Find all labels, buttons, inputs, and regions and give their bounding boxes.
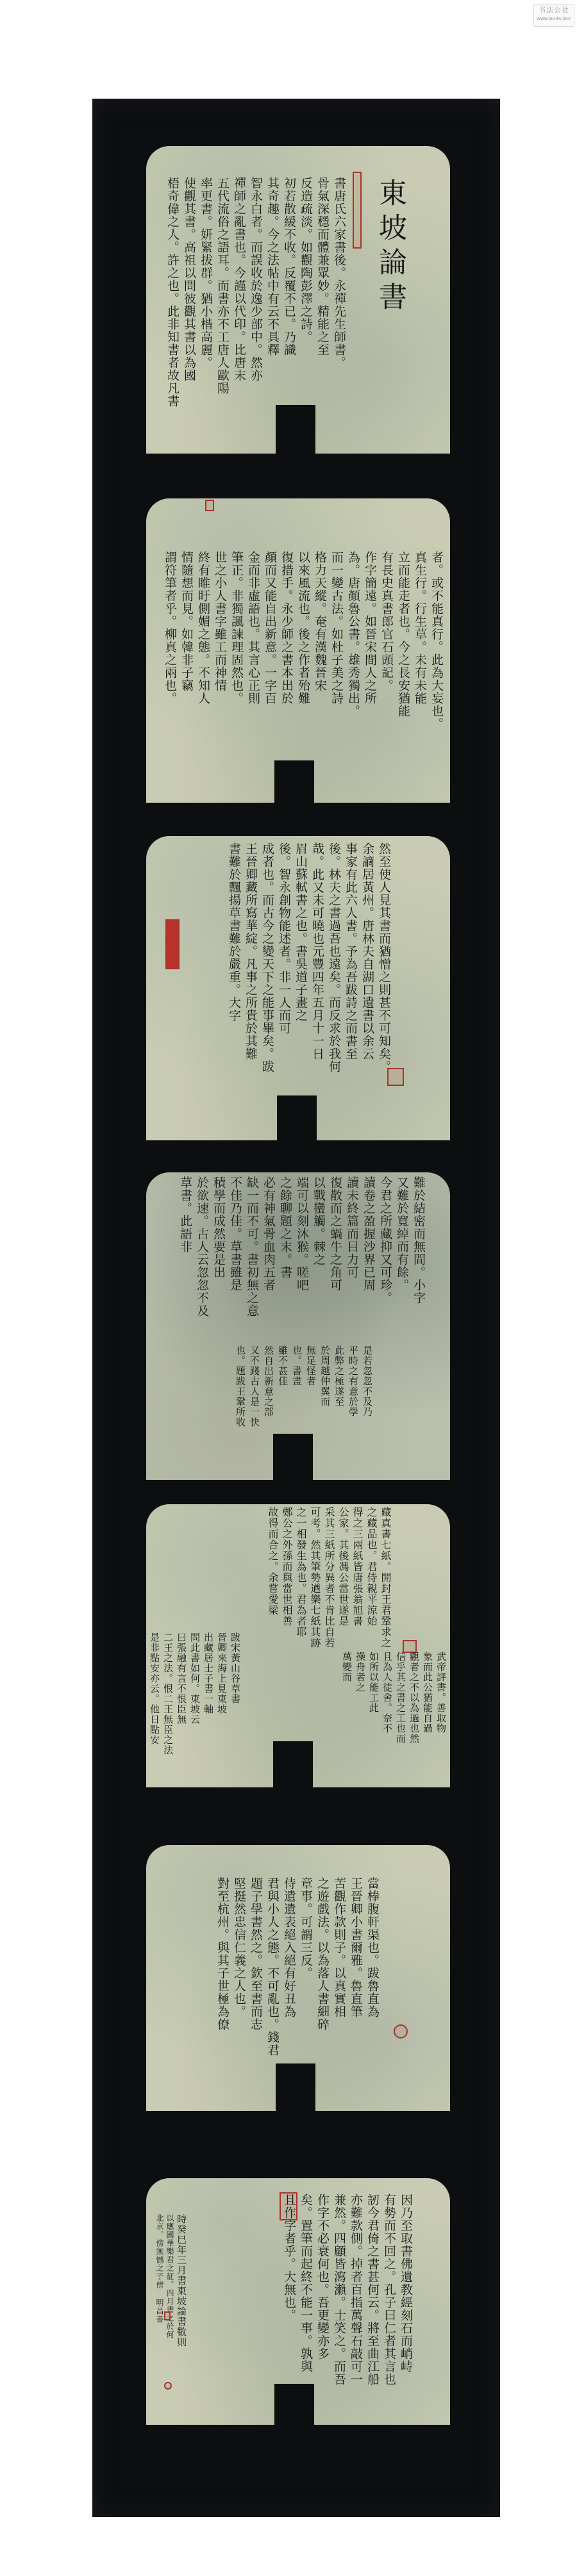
text-column: 是若忽忽不及乃 [362, 1345, 373, 1427]
seal-icon [403, 1640, 417, 1653]
panel-2: 者。或不能真行。此為大妄也。 真生行。行生草。未有未能 立而能走者也。今之長安猶… [146, 498, 450, 803]
site-watermark: 书法公社 WWW.SHUFA.ORG [533, 4, 574, 27]
text-column: 書唐氏六家書後。永禪先生師書。 [332, 177, 346, 407]
text-column: 後。智永創物能述者。非一人而可 [277, 842, 291, 1073]
text-columns: 因乃至取書佛遺教經刻石而峭峙 有勢而不回之。孔子曰仁者其言也 訒今君倚之書甚何云… [282, 2194, 413, 2386]
text-column: 雖不甚佳 [277, 1345, 288, 1427]
panel-notch [273, 1434, 313, 1480]
text-column: 出藏居士子書一軸 [203, 1632, 213, 1755]
text-column: 平時之有意於學 [347, 1345, 359, 1427]
text-column: 其奇趣。今之法帖中有云不具釋 [265, 177, 280, 407]
text-column: 以戰蠻觸。棘之 [312, 1176, 326, 1317]
seal-icon [394, 2024, 408, 2039]
panel-7: 因乃至取書佛遺教經刻石而峭峙 有勢而不回之。孔子曰仁者其言也 訒今君倚之書甚何云… [146, 2178, 450, 2425]
text-column: 成者也。而古今之變天下之能事畢矣。跋 [260, 842, 274, 1073]
text-column: 藏真書七紙。開封王君鞏求之 [380, 1507, 391, 1648]
text-column: 事家有此六人書。予為吾跋詩之而書至 [344, 842, 358, 1073]
text-column: 又不踐古人是一快 [249, 1345, 260, 1427]
text-column: 眉山蘇軾書之也。書吳道子畫之 [294, 842, 308, 1073]
text-column: 然自出新意之部 [263, 1345, 274, 1427]
text-column: 骨氣深穩而體兼眾妙。精能之至 [315, 177, 330, 407]
text-column: 作字不必衰何也。吾更變亦多 [315, 2194, 330, 2386]
text-columns-top: 藏真書七紙。開封王君鞏求之 之藏品也。君侍親平涼始 得之三兩紙皆唐張翁旭書 公家… [267, 1507, 391, 1648]
text-column: 之藏品也。君侍親平涼始 [365, 1507, 377, 1648]
colophon: 時癸巳年三月書東坡論書數則 以應國華樂君之征。四月書之於何 北京。傍無憾之子傍 … [155, 2214, 187, 2347]
text-column: 有長史真書郎官石頭記。 [380, 551, 394, 730]
text-column: 問此書如何。東坡云 [189, 1632, 200, 1755]
panel-notch [276, 2063, 315, 2111]
text-column: 武帝評書。善取物 [435, 1652, 446, 1744]
text-column: 復措手。永少師之書本出於 [280, 551, 294, 730]
text-column: 也。題跋王鞏所收 [235, 1345, 246, 1427]
text-column: 端可以刻沐猴。嗟吧 [295, 1176, 309, 1317]
panel-5: 藏真書七紙。開封王君鞏求之 之藏品也。君侍親平涼始 得之三兩紙皆唐張翁旭書 公家… [146, 1504, 450, 1787]
text-column: 曰張融有言不恨臣無 [176, 1632, 187, 1755]
seal-icon [164, 2382, 172, 2390]
text-column: 如所以能工此 [368, 1652, 379, 1744]
text-column: 且作字者乎。大無也。 [282, 2194, 296, 2386]
text-column: 采其三紙所分異者不肯比自若 [323, 1507, 335, 1648]
text-column: 觀者之不以為過也然 [408, 1652, 419, 1744]
panel-notch [277, 1095, 317, 1140]
text-column: 信乎其之書之工也而 [395, 1652, 406, 1744]
seal-icon [353, 172, 362, 249]
text-column: 操舟者之 [355, 1652, 365, 1744]
text-column: 對至杭州。與其子世極為僚 [215, 1877, 230, 2056]
text-column: 也。書畫 [291, 1345, 303, 1427]
colophon-column: 北京。傍無憾之子傍 明昌書 [155, 2214, 164, 2347]
text-column: 可考。然其筆勢遒樂七紙其跡 [309, 1507, 321, 1648]
text-column: 跋宋黃山谷草書 [230, 1632, 240, 1755]
text-column: 為。唐顏魯公書。雄秀獨出。 [346, 551, 360, 730]
text-column: 亦難款側。掉者百指萬聲石敲可一 [349, 2194, 363, 2386]
text-column: 余謫居黃州。唐林夫自湖口遺書以余云 [360, 842, 374, 1073]
text-column: 讀未終篇而目力可 [345, 1176, 359, 1317]
text-column: 又難於寬綽而有餘。 [395, 1176, 409, 1317]
text-column: 金而非虛語也。其言心正則 [246, 551, 260, 730]
text-column: 堅挺然忠信仁義之人也。 [232, 1877, 246, 2056]
text-column: 題子學書然之。欽至書而志 [249, 1877, 263, 2056]
text-columns: 者。或不能真行。此為大妄也。 真生行。行生草。未有未能 立而能走者也。今之長安猶… [163, 551, 444, 730]
text-columns: 書唐氏六家書後。永禪先生師書。 骨氣深穩而體兼眾妙。精能之至 反造疏淡。如觀陶彭… [165, 177, 346, 407]
text-column: 此弊之極遂至 [333, 1345, 345, 1427]
text-column: 訒今君倚之書甚何云。將至曲江船 [365, 2194, 380, 2386]
text-column: 是非點安亦云。他日點安 [149, 1632, 160, 1755]
text-columns-top: 難於結密而無間。小字 又難於寬綽而有餘。 今君之所藏抑又可珍。 讀卷之盈握沙界已… [178, 1176, 426, 1317]
panel-notch [274, 760, 314, 803]
text-column: 然至使人見其書而猶憎之則甚不可知矣。 [377, 842, 391, 1073]
text-column: 萬變而 [341, 1652, 352, 1744]
text-column: 者。或不能真行。此為大妄也。 [430, 551, 444, 730]
panel-3: 然至使人見其書而猶憎之則甚不可知矣。 余謫居黃州。唐林夫自湖口遺書以余云 事家有… [146, 836, 450, 1140]
text-column: 因乃至取書佛遺教經刻石而峭峙 [399, 2194, 413, 2386]
text-column: 情隨想而見。如韓非子竊 [180, 551, 194, 730]
text-column: 格力天縱。奄有漢魏晉宋 [313, 551, 327, 730]
text-column: 哉。此又未可曉也元豐四年五月十一日 [310, 842, 324, 1073]
text-column: 不佳乃佳。草書雖是 [228, 1176, 242, 1317]
text-column: 以來風流也。後之作者殆難 [296, 551, 310, 730]
text-column: 象而此公猶能自過 [422, 1652, 433, 1744]
text-column: 智永白者。而誤收於逸少部中。然亦 [249, 177, 263, 407]
scroll-title: 東坡論書 [369, 178, 410, 316]
text-column: 之一相發生為也。君為者耶 [295, 1507, 306, 1648]
text-column: 且為人徒舍。奈不 [381, 1652, 392, 1744]
text-column: 書難於飄揚草書難於嚴重。大字 [227, 842, 241, 1073]
text-column: 作字簡遠。如晉宋間人之所 [363, 551, 377, 730]
panel-1: 東坡論書 書唐氏六家書後。永禪先生師書。 骨氣深穩而體兼眾妙。精能之至 反造疏淡… [146, 146, 450, 454]
text-column: 苦觀作款則子。以真實相 [332, 1877, 346, 2056]
text-column: 章事。可謂三反。 [299, 1877, 313, 2056]
text-column: 而一變古法。如杜子美之詩 [330, 551, 344, 730]
text-column: 二王之法。恨二王無臣之法 [162, 1632, 173, 1755]
text-column: 王晉卿小書爾雅。魯直筆 [349, 1877, 363, 2056]
text-column: 率更書。妍緊拔群。猶小楷高麗。 [199, 177, 213, 407]
text-column: 王晉卿藏所寫華綻。凡事之所貴於其難 [244, 842, 258, 1073]
text-columns-bottom: 是若忽忽不及乃 平時之有意於學 此弊之極遂至 於周越仲翼而 無足怪者 也。書畫 … [235, 1345, 373, 1427]
seal-icon [164, 2311, 171, 2320]
panel-notch [273, 1741, 313, 1787]
colophon-column: 以應國華樂君之征。四月書之於何 [165, 2214, 174, 2347]
watermark-url: WWW.SHUFA.ORG [534, 16, 574, 22]
text-column: 鄭公之外孫而與當世相善 [281, 1507, 292, 1648]
text-column: 梧奇偉之人。許之也。此非知書者故凡書 [165, 177, 180, 407]
colophon-column: 時癸巳年三月書東坡論書數則 [176, 2214, 187, 2347]
text-column: 禪師之亂書也。今謹以代印。比唐末 [232, 177, 246, 407]
text-column: 讀卷之盈握沙界已周 [362, 1176, 376, 1317]
text-column: 筆正。非獨諷諫理固然也。 [230, 551, 244, 730]
text-column: 復散而之蝸牛之角可 [328, 1176, 342, 1317]
text-column: 於周越仲翼而 [319, 1345, 331, 1427]
text-column: 積學而成然要是出 [212, 1176, 226, 1317]
text-column: 當棒腹軒渠也。跋魯直為 [365, 1877, 380, 2056]
text-column: 初若散緩不收。反覆不已。乃識 [282, 177, 296, 407]
panel-4: 難於結密而無間。小字 又難於寬綽而有餘。 今君之所藏抑又可珍。 讀卷之盈握沙界已… [146, 1172, 450, 1480]
text-column: 五代流俗之語耳。而書亦不工唐人歐陽 [215, 177, 230, 407]
text-column: 君與小人之態。不可亂也。錢君 [265, 1877, 280, 2056]
panel-notch [274, 2384, 314, 2425]
text-column: 矣。置筆而起終不能一事。孰與 [299, 2194, 313, 2386]
text-column: 使觀其書。高祖以問彼觀其書以為國 [182, 177, 196, 407]
watermark-name: 书法公社 [534, 4, 574, 16]
scroll-mount: 東坡論書 書唐氏六家書後。永禪先生師書。 骨氣深穩而體兼眾妙。精能之至 反造疏淡… [92, 99, 500, 2517]
text-columns-bottom-right: 武帝評書。善取物 象而此公猶能自過 觀者之不以為過也然 信乎其之書之工也而 且為… [341, 1652, 446, 1744]
panel-notch [276, 405, 315, 454]
text-column: 真生行。行生草。未有未能 [413, 551, 427, 730]
text-column: 顏而又能自出新意。一字百 [263, 551, 277, 730]
text-column: 今君之所藏抑又可珍。 [378, 1176, 392, 1317]
text-column: 晉卿來海上見東坡 [216, 1632, 227, 1755]
text-column: 世之小人書字雖工而神情 [213, 551, 227, 730]
text-column: 公家。其後馮公當世遂是 [337, 1507, 349, 1648]
text-column: 有勢而不回之。孔子曰仁者其言也 [382, 2194, 396, 2386]
text-column: 後。林夫之書過吾也遠矣。而反求於我何 [327, 842, 341, 1073]
text-column: 難於結密而無間。小字 [412, 1176, 426, 1317]
text-column: 兼然。四顧皆瀉瀨。士笑之。而吾 [332, 2194, 346, 2386]
text-column: 終有睢盱側媚之態。不知人 [196, 551, 210, 730]
text-column: 故得而合之。余嘗愛梁 [267, 1507, 278, 1648]
text-column: 得之三兩紙皆唐張翁旭書 [351, 1507, 363, 1648]
text-column: 反造疏淡。如觀陶彭澤之詩。 [299, 177, 313, 407]
text-columns-bottom-left: 跋宋黃山谷草書 晉卿來海上見東坡 出藏居士子書一軸 問此書如何。東坡云 曰張融有… [149, 1632, 240, 1755]
text-column: 之餘聊題之末。書 [278, 1176, 292, 1317]
text-column: 於欲速。古人云忽忽不及 [195, 1176, 209, 1317]
text-column: 之遊戲法。以為落人書細碎 [315, 1877, 330, 2056]
text-column: 侍遺遺表絕入絕有好丑為 [282, 1877, 296, 2056]
text-column: 無足怪者 [305, 1345, 317, 1427]
seal-icon [205, 500, 214, 511]
text-column: 缺一而不可。書初無之意 [245, 1176, 259, 1317]
panel-6: 當棒腹軒渠也。跋魯直為 王晉卿小書爾雅。魯直筆 苦觀作款則子。以真實相 之遊戲法… [146, 1845, 450, 2111]
text-columns: 然至使人見其書而猶憎之則甚不可知矣。 余謫居黃州。唐林夫自湖口遺書以余云 事家有… [227, 842, 391, 1073]
seal-icon [165, 919, 180, 969]
text-column: 必有神氣骨血肉五者 [262, 1176, 276, 1317]
text-column: 立而能走者也。今之長安猶能 [396, 551, 410, 730]
text-column: 草書。此語非 [178, 1176, 192, 1317]
text-column: 謂符筆者乎。柳真之兩也。 [163, 551, 177, 730]
text-columns: 當棒腹軒渠也。跋魯直為 王晉卿小書爾雅。魯直筆 苦觀作款則子。以真實相 之遊戲法… [215, 1877, 380, 2056]
